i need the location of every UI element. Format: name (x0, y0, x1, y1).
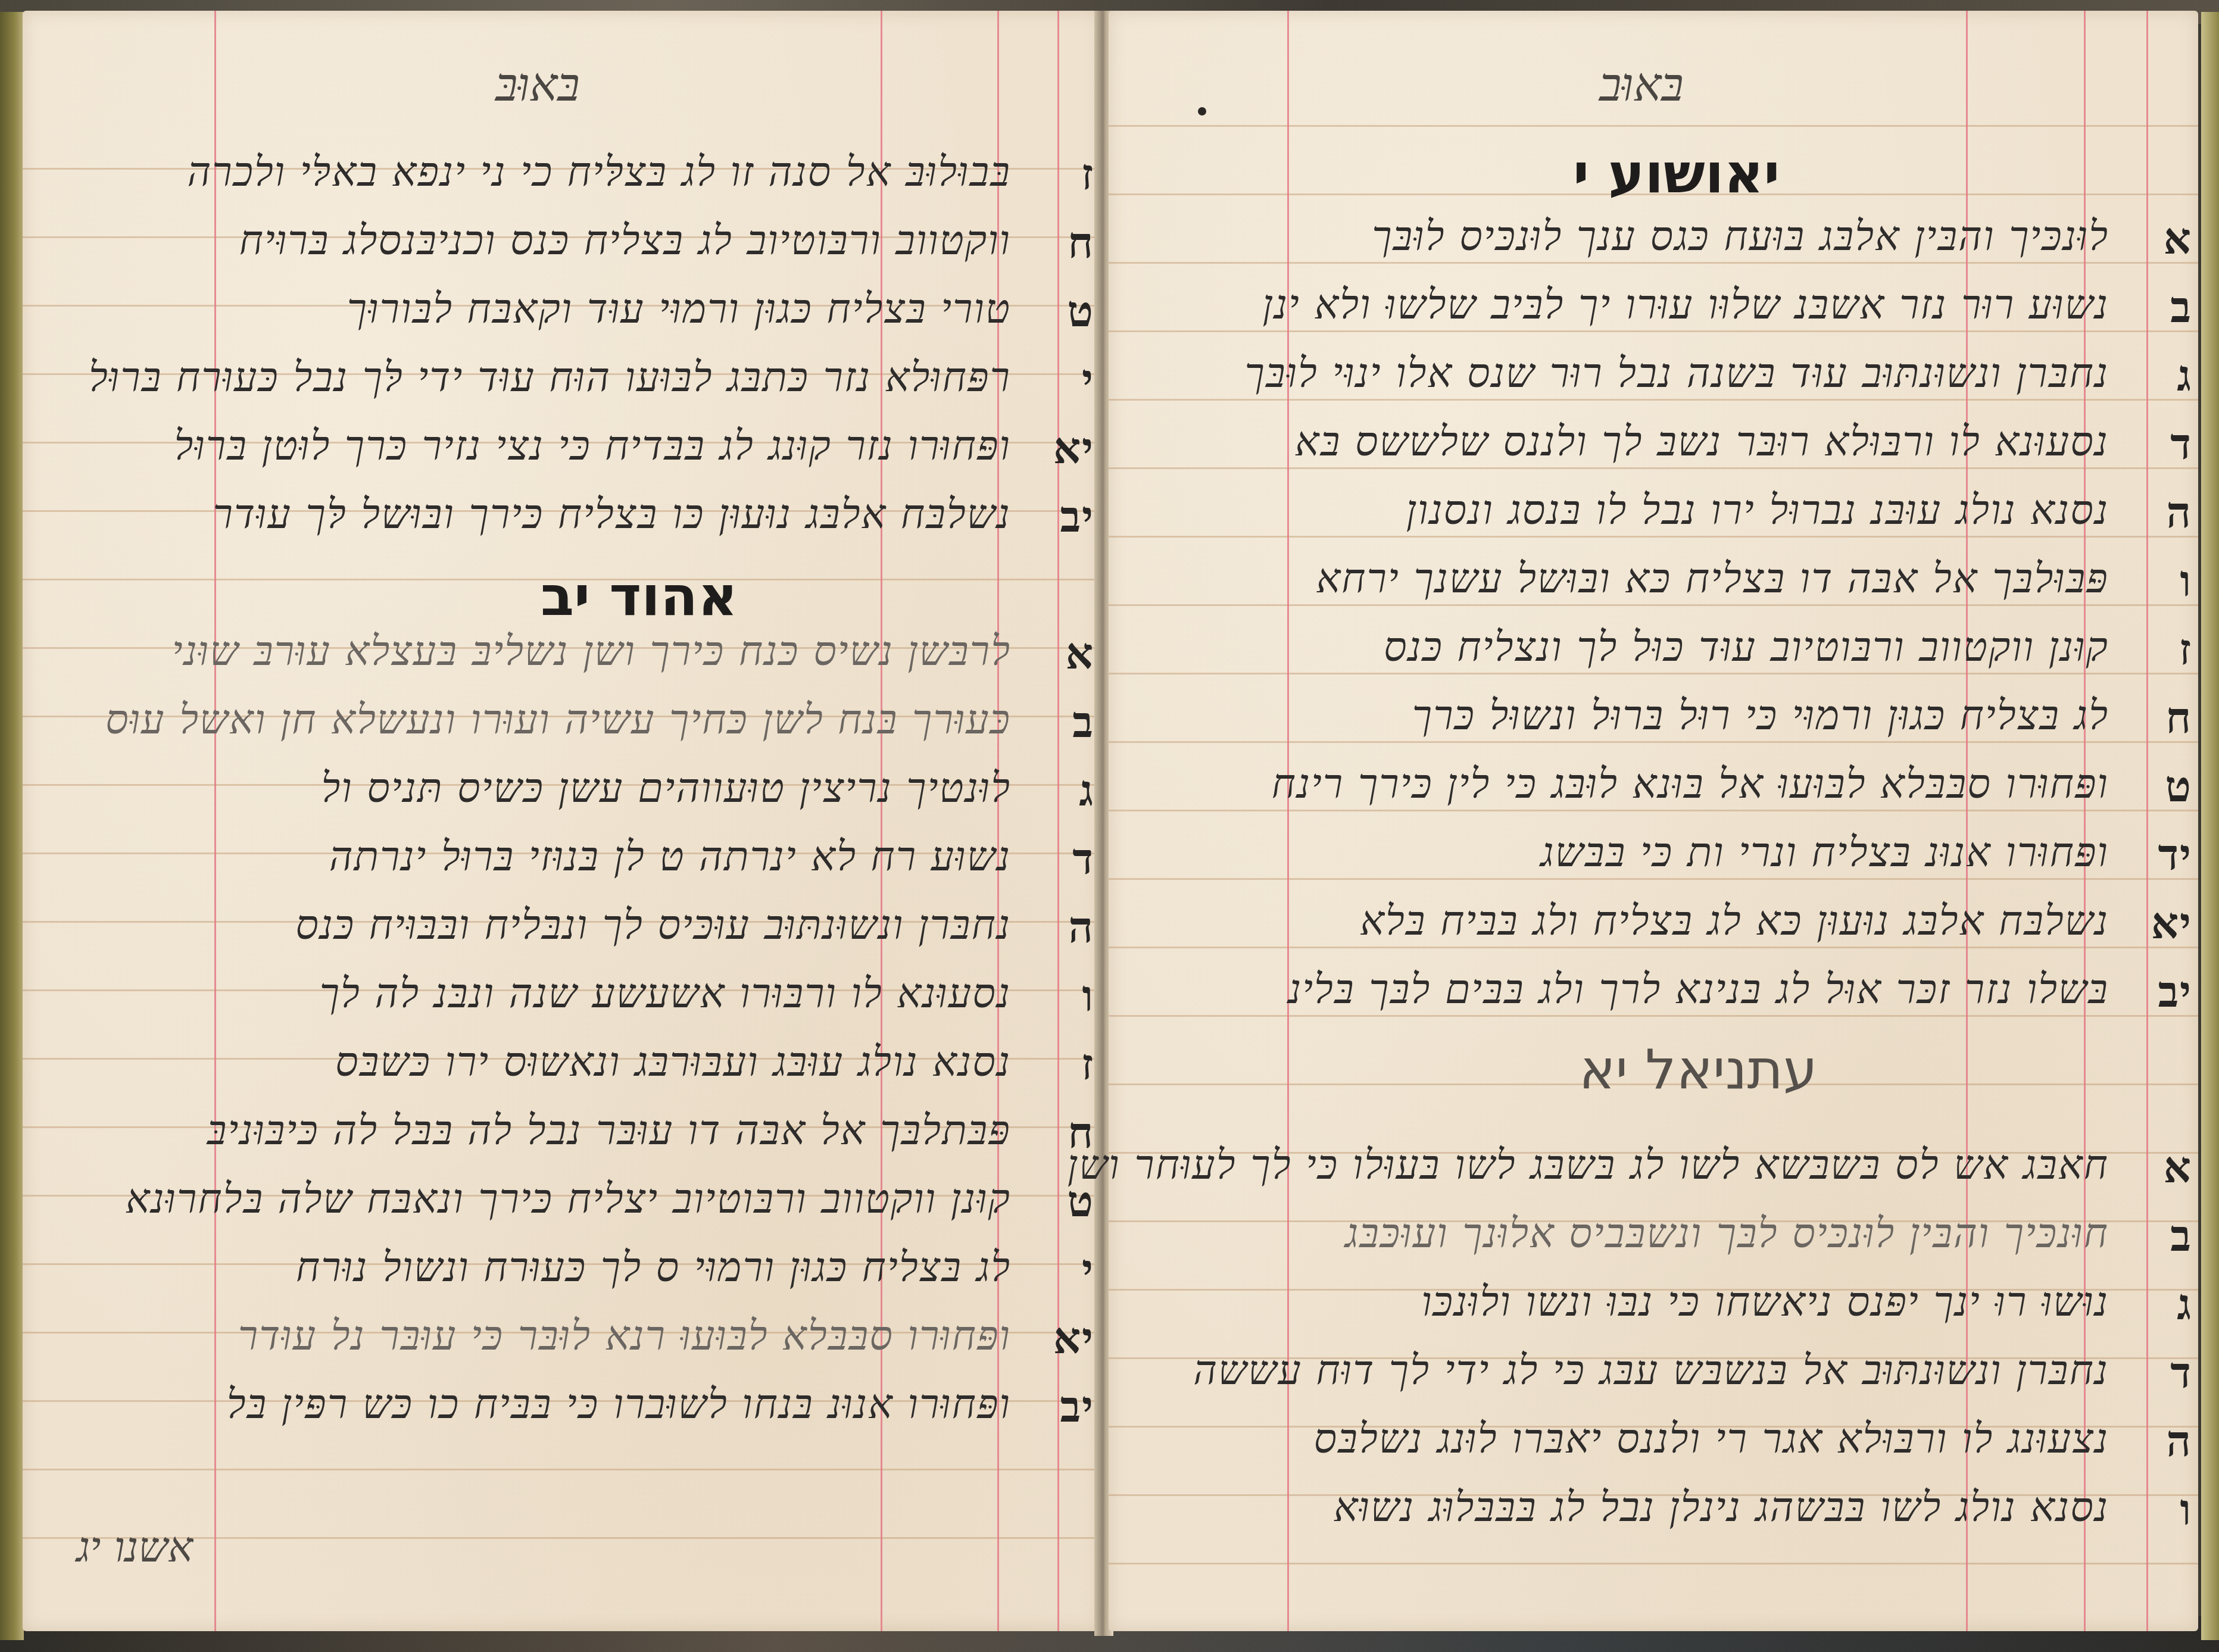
manuscript-line: ב נשוּע רוּר נזר אשבּנ שלוּו עוּרו יך לב… (1263, 282, 2109, 329)
ruled-line (1109, 1563, 2198, 1564)
line-text: לוּנטיך נריצין טוּעווהים עשן כּשיס תּניס… (322, 765, 1011, 812)
manuscript-line: ג נחבּרן ונשוּנתּוּב עוּד בּשנה נבל רוּר… (1245, 350, 2109, 397)
manuscript-line: ד נחבּרן ונשוּנתּוּב אל בּנשבּש עבּג כּי… (1193, 1347, 2109, 1394)
line-number: א (2164, 1142, 2192, 1193)
ruled-line (1109, 536, 2198, 538)
line-number: ז (1081, 149, 1094, 200)
manuscript-line: ד נשוּע רח לא ינרתה ט לן בּנוּזי בּרוּל … (329, 833, 1011, 880)
line-text: נסנא נולג עוּבּנ נברוּל ירו נבל לו בּנסג… (1406, 487, 2109, 534)
line-number: ה (2167, 487, 2192, 538)
manuscript-line: ג נוּשוּ רוּ ינך יפּנס ניאשחו כּי נבּוּ … (1421, 1279, 2109, 1326)
ruled-line (1109, 399, 2198, 401)
line-number: ח (2165, 692, 2192, 744)
manuscript-line: ג לוּנטיך נריצין טוּעווהים עשן כּשיס תּנ… (322, 765, 1011, 812)
line-number: יב (1060, 491, 1094, 542)
line-text: חאבּג אש לס בּשבּשא לשו לג בּשבּג לשו בּ… (1068, 1142, 2109, 1189)
line-number: ג (1079, 765, 1094, 816)
line-text: פּבּתלבּך אל אבּה דו עוּבּר נבל לה בּבּל… (207, 1107, 1011, 1154)
manuscript-line: ט קוּנן ווקטווב ורבּוטיוב יצליח כּירך ונ… (126, 1176, 1011, 1223)
line-number: ד (2170, 419, 2192, 470)
manuscript-line: ח פּבּתלבּך אל אבּה דו עוּבּר נבל לה בּב… (207, 1107, 1011, 1154)
line-text: נשוּע רוּר נזר אשבּנ שלוּו עוּרו יך לבּי… (1263, 282, 2109, 329)
book-cover-right-edge (2201, 12, 2219, 1640)
line-text: ופּחוּרו אנוּנ בּנחו לשוּברו כּי בּבּיח … (227, 1381, 1011, 1428)
manuscript-line: יב בּשלו נזר זכּר אוּל לג בּנינא לרך ולג… (1288, 966, 2109, 1013)
manuscript-line: יד ופּחוּרו אנוּנ בּצליח ונרי ות כּי בּב… (1540, 829, 2109, 876)
margin-line-left (214, 11, 216, 1631)
line-number: יב (1060, 1381, 1094, 1432)
line-text: נשלבּח אלבּג נוּעוּן כּו בּצליח כּירך וב… (213, 491, 1011, 538)
manuscript-line: ז נסנא נולג עוּבּג ועבּוּרבּג ונאשוּס יר… (335, 1039, 1011, 1086)
line-number: ב (2170, 1210, 2192, 1261)
manuscript-line: א חאבּג אש לס בּשבּשא לשו לג בּשבּג לשו … (1068, 1142, 2109, 1189)
line-number: יא (1053, 423, 1094, 474)
line-number: יד (2158, 829, 2192, 880)
line-number: ג (2177, 1279, 2192, 1330)
ruled-line (1109, 467, 2198, 469)
line-text: ווקטווב ורבּוטיוב לג בּצליח כּנס וכניבּנ… (239, 217, 1011, 264)
line-text: פּבּוּלבּך אל אבּה דו בּצליח כּא ובּוּשל… (1316, 555, 2109, 602)
manuscript-line: ט טורי בּצליח כּגוּן ורמוּי עוּד וקאבּח … (347, 286, 1011, 333)
line-text: נחבּרן ונשוּנתּוּב עוּכּיס לך ונבּליח וב… (295, 902, 1011, 949)
manuscript-line: ח ווקטווב ורבּוטיוב לג בּצליח כּנס וכניב… (239, 217, 1011, 264)
line-text: נשלבּח אלבּג נוּעוּן כּא לג בּצליח ולג ב… (1360, 898, 2109, 945)
line-number: ד (1072, 833, 1094, 885)
ruled-line (1109, 125, 2198, 127)
ink-dot (1198, 107, 1206, 115)
section-heading: אהוד יב (541, 564, 738, 628)
section-heading-joshua: יאושוע י (1573, 142, 1780, 205)
manuscript-line: ו נסנא נולג לשו בּבּשהג נינלן נבל לג בּב… (1334, 1484, 2109, 1531)
page-header: בּאוּבּ (0, 58, 1076, 112)
manuscript-line: ז קוּנן ווקטווב ורבּוטיוב עוּד כּוּל לך … (1384, 624, 2109, 671)
line-number: ה (1069, 902, 1094, 953)
line-number: א (2164, 213, 2192, 264)
line-text: חוּנכּיך והבּין לוּנכּיס לבּך ונשבּביס א… (1345, 1210, 2109, 1257)
line-number: יא (1053, 1313, 1094, 1364)
line-text: ופּחוּרו אנוּנ בּצליח ונרי ות כּי בּבּשג (1540, 829, 2109, 876)
line-number: ד (2170, 1347, 2192, 1398)
ruled-line (1109, 1015, 2198, 1017)
manuscript-line: יב נשלבּח אלבּג נוּעוּן כּו בּצליח כּירך… (213, 491, 1011, 538)
manuscript-line: ה נסנא נולג עוּבּנ נברוּל ירו נבל לו בּנ… (1406, 487, 2109, 534)
line-number: ו (2180, 555, 2192, 607)
manuscript-line: א לוּנכּיך והבּין אלבּג בּוּעח כּגס ענך … (1372, 213, 2109, 260)
page-header: בּאוּב (1097, 58, 2186, 112)
manuscript-line: ז בּבוּלוּבּ אל סנה זו לג בּצלּיח כי ני … (187, 149, 1011, 196)
ruled-line (1109, 878, 2198, 880)
manuscript-line: יא ופּחוּרו נזר קוּנג לג בּבּדיח כּי נצי… (174, 423, 1011, 470)
line-text: נשוּע רח לא ינרתה ט לן בּנוּזי בּרוּל ינ… (329, 833, 1011, 880)
line-text: נסעוּנא לו ורבּוּרו אשעשע שנה ונבּנ לה ל… (320, 970, 1011, 1017)
line-number: ו (2180, 1484, 2192, 1535)
line-text: בּשלו נזר זכּר אוּל לג בּנינא לרך ולג בּ… (1288, 966, 2109, 1013)
manuscript-line: ה נחבּרן ונשוּנתּוּב עוּכּיס לך ונבּליח … (295, 902, 1011, 949)
ruled-line (1109, 604, 2198, 606)
line-text: רפּחוּלא נזר כּתבּג לבּוּעו הוּח עוּד יד… (89, 354, 1011, 401)
line-number: יא (2151, 898, 2192, 949)
line-number: ז (1081, 1039, 1094, 1090)
line-number: י (1082, 1244, 1094, 1295)
ruled-line (1109, 673, 2198, 674)
manuscript-line: י לג בּצליח כּגוּן ורמוּי ס לך כּעוּרח ו… (296, 1244, 1011, 1291)
line-number: ב (1072, 697, 1094, 748)
manuscript-line: ו פּבּוּלבּך אל אבּה דו בּצליח כּא ובּוּ… (1316, 555, 2109, 602)
ruled-line (23, 1469, 1100, 1470)
margin-line-right-3 (2146, 11, 2148, 1631)
line-text: נסעוּנא לו ורבּוּלא רוּבּר נשבּ לך ולננס… (1295, 419, 2109, 466)
manuscript-line: ו נסעוּנא לו ורבּוּרו אשעשע שנה ונבּנ לה… (320, 970, 1011, 1017)
line-text: נסנא נולג לשו בּבּשהג נינלן נבל לג בּבּב… (1334, 1484, 2109, 1531)
line-text: נחבּרן ונשוּנתּוּב עוּד בּשנה נבל רוּר ש… (1245, 350, 2109, 397)
ruled-line (1109, 947, 2198, 948)
line-text: לוּנכּיך והבּין אלבּג בּוּעח כּגס ענך לו… (1372, 213, 2109, 260)
ruled-line (1109, 741, 2198, 743)
manuscript-line: ב כּעוּרך בּנח לשן כּחיך עשיה ועוּרו ונע… (105, 697, 1011, 744)
line-number: י (1082, 354, 1094, 405)
manuscript-line: ב חוּנכּיך והבּין לוּנכּיס לבּך ונשבּביס… (1345, 1210, 2109, 1257)
line-number: יב (2158, 966, 2192, 1017)
line-text: נחבּרן ונשוּנתּוּב אל בּנשבּש עבּג כּי ל… (1193, 1347, 2109, 1394)
line-number: ג (2177, 350, 2192, 401)
line-text: ופּחוּרו סבּבּלא לבּוּעוּ רנא לוּבּר כּי… (238, 1313, 1011, 1360)
line-text: לג בּצליח כּגוּן ורמוּי כּי רוּל בּרוּל … (1412, 692, 2109, 739)
manuscript-line: יא נשלבּח אלבּג נוּעוּן כּא לג בּצליח ול… (1360, 898, 2109, 945)
line-number: ז (2179, 624, 2192, 675)
line-text: נסנא נולג עוּבּג ועבּוּרבּג ונאשוּס ירו … (335, 1039, 1011, 1086)
left-page: בּאוּבּ ז בּבוּלוּבּ אל סנה זו לג בּצלּי… (23, 11, 1100, 1631)
line-text: לרבּשן נשיס כּנח כּירך ושן נשליבּ בּעצלא… (172, 628, 1011, 675)
line-text: ופּחוּרו נזר קוּנג לג בּבּדיח כּי נצי נז… (174, 423, 1011, 470)
line-number: ה (2167, 1416, 2192, 1467)
manuscript-line: יב ופּחוּרו אנוּנ בּנחו לשוּברו כּי בּבּ… (227, 1381, 1011, 1428)
line-number: ט (1068, 286, 1095, 337)
line-text: נוּשוּ רוּ ינך יפּנס ניאשחו כּי נבּוּ ונ… (1421, 1279, 2109, 1326)
line-text: נצעוּנג לו ורבּוּלא אגר רי ולננס יאבּרו … (1314, 1416, 2109, 1463)
line-text: ופּחוּרו סבּבּלא לבּוּעוּ אל בּוּנא לוּב… (1272, 761, 2109, 808)
manuscript-line: ט ופּחוּרו סבּבּלא לבּוּעוּ אל בּוּנא לו… (1272, 761, 2109, 808)
margin-line-right-3 (1057, 11, 1059, 1631)
ruled-line (1109, 810, 2198, 811)
line-number: א (1066, 628, 1094, 679)
line-text: לג בּצליח כּגוּן ורמוּי ס לך כּעוּרח ונש… (296, 1244, 1011, 1291)
signature: אשנו יג (76, 1523, 193, 1572)
manuscript-line: ה נצעוּנג לו ורבּוּלא אגר רי ולננס יאבּר… (1314, 1416, 2109, 1463)
right-page: בּאוּב יאושוע י א לוּנכּיך והבּין אלבּג … (1109, 11, 2198, 1631)
line-number: ב (2170, 282, 2192, 333)
manuscript-line: יא ופּחוּרו סבּבּלא לבּוּעוּ רנא לוּבּר … (238, 1313, 1011, 1360)
line-text: בּבוּלוּבּ אל סנה זו לג בּצלּיח כי ני ינ… (187, 149, 1011, 196)
line-text: קוּנן ווקטווב ורבּוטיוב עוּד כּוּל לך ונ… (1384, 624, 2109, 671)
manuscript-line: ד נסעוּנא לו ורבּוּלא רוּבּר נשבּ לך ולנ… (1295, 419, 2109, 466)
book-cover-left-edge (0, 12, 24, 1640)
ruled-line (1109, 262, 2198, 264)
manuscript-line: י רפּחוּלא נזר כּתבּג לבּוּעו הוּח עוּד … (89, 354, 1011, 401)
line-text: טורי בּצליח כּגוּן ורמוּי עוּד וקאבּח לב… (347, 286, 1011, 333)
line-text: קוּנן ווקטווב ורבּוטיוב יצליח כּירך ונאב… (126, 1176, 1011, 1223)
manuscript-line: ח לג בּצליח כּגוּן ורמוּי כּי רוּל בּרוּ… (1412, 692, 2109, 739)
line-number: ו (1082, 970, 1094, 1022)
manuscript-line: א לרבּשן נשיס כּנח כּירך ושן נשליבּ בּעצ… (172, 628, 1011, 675)
line-number: ח (1068, 217, 1094, 268)
line-number: ט (2165, 761, 2193, 812)
section-heading-othniel: עתניאל יא (1579, 1038, 1818, 1101)
ruled-line (1109, 330, 2198, 332)
line-text: כּעוּרך בּנח לשן כּחיך עשיה ועוּרו ונעשל… (105, 697, 1011, 744)
